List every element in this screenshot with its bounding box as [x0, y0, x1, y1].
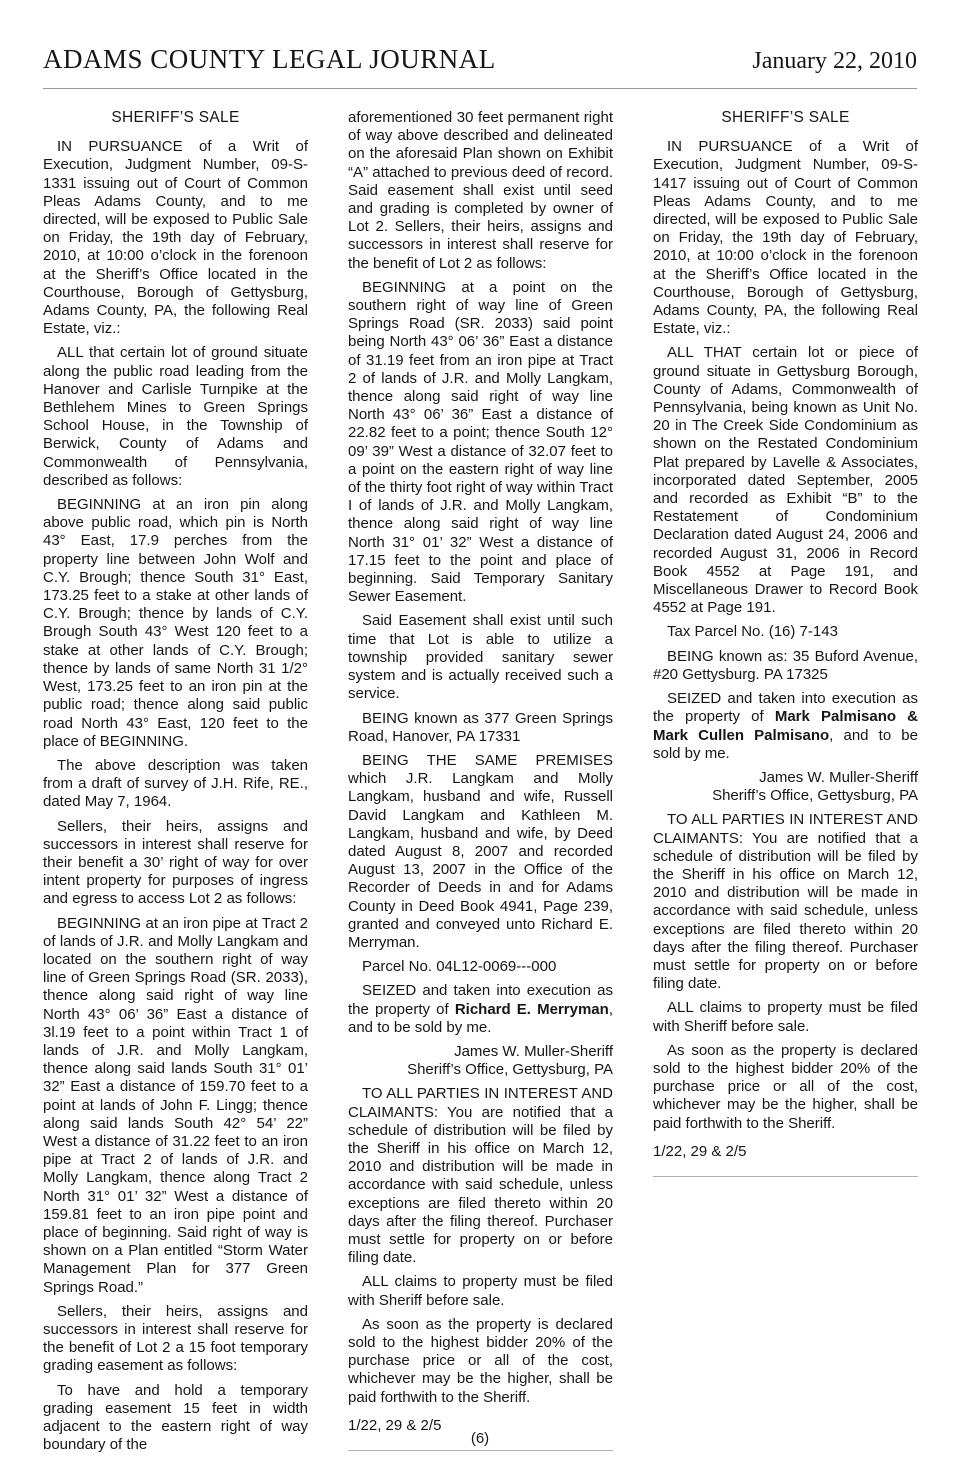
paragraph: TO ALL PARTIES IN INTEREST AND CLAIMANTS…: [653, 811, 918, 993]
paragraph: BEING known as 377 Green Springs Road, H…: [348, 710, 613, 746]
page-number: (6): [471, 1430, 489, 1447]
text-run: BEGINNING at an iron pin along above pub…: [43, 496, 308, 750]
publication-dates: 1/22, 29 & 2/5: [653, 1143, 918, 1161]
text-run: TO ALL PARTIES IN INTEREST AND CLAIMANTS…: [348, 1085, 613, 1266]
signature-line: Sheriff’s Office, Gettysburg, PA: [348, 1061, 613, 1079]
paragraph: BEGINNING at an iron pin along above pub…: [43, 496, 308, 751]
paragraph: IN PURSUANCE of a Writ of Execution, Jud…: [653, 138, 918, 338]
paragraph: Sellers, their heirs, assigns and succes…: [43, 818, 308, 909]
paragraph: aforementioned 30 feet permanent right o…: [348, 109, 613, 273]
paragraph: The above description was taken from a d…: [43, 757, 308, 812]
paragraph: IN PURSUANCE of a Writ of Execution, Jud…: [43, 138, 308, 338]
signature-line: James W. Muller-Sheriff: [348, 1043, 613, 1061]
column-1: SHERIFF’S SALEIN PURSUANCE of a Writ of …: [43, 109, 308, 1460]
paragraph: ALL that certain lot of ground situate a…: [43, 344, 308, 490]
column-2: aforementioned 30 feet permanent right o…: [348, 109, 613, 1460]
paragraph: As soon as the property is declared sold…: [348, 1316, 613, 1407]
page-footer: (6): [0, 1430, 960, 1447]
text-run: IN PURSUANCE of a Writ of Execution, Jud…: [43, 138, 308, 337]
columns: SHERIFF’S SALEIN PURSUANCE of a Writ of …: [0, 89, 960, 1460]
paragraph: As soon as the property is declared sold…: [653, 1042, 918, 1133]
sale-heading: SHERIFF’S SALE: [653, 109, 918, 127]
text-run: As soon as the property is declared sold…: [348, 1316, 613, 1406]
paragraph: ALL THAT certain lot or piece of ground …: [653, 344, 918, 617]
text-run: ALL THAT certain lot or piece of ground …: [653, 344, 918, 616]
text-run: ALL that certain lot of ground situate a…: [43, 344, 308, 488]
signature-line: Sheriff’s Office, Gettysburg, PA: [653, 787, 918, 805]
paragraph: BEING THE SAME PREMISES which J.R. Langk…: [348, 752, 613, 952]
paragraph: BEGINNING at a point on the southern rig…: [348, 279, 613, 607]
sale-heading: SHERIFF’S SALE: [43, 109, 308, 127]
section-divider: [653, 1176, 918, 1177]
page-header: ADAMS COUNTY LEGAL JOURNAL January 22, 2…: [0, 0, 960, 75]
paragraph: Parcel No. 04L12-0069---000: [348, 958, 613, 976]
text-run: The above description was taken from a d…: [43, 757, 308, 810]
paragraph: SEIZED and taken into execution as the p…: [653, 690, 918, 763]
text-run: BEING known as 377 Green Springs Road, H…: [348, 710, 613, 745]
paragraph: Tax Parcel No. (16) 7-143: [653, 623, 918, 641]
text-run: BEING THE SAME PREMISES which J.R. Langk…: [348, 752, 613, 951]
section-divider: [348, 1450, 613, 1451]
text-run: Sellers, their heirs, assigns and succes…: [43, 1303, 308, 1375]
text-run: As soon as the property is declared sold…: [653, 1042, 918, 1132]
defendant-name: Richard E. Merryman: [455, 1001, 609, 1018]
paragraph: ALL claims to property must be filed wit…: [348, 1273, 613, 1309]
paragraph: Said Easement shall exist until such tim…: [348, 612, 613, 703]
paragraph: BEGINNING at an iron pipe at Tract 2 of …: [43, 915, 308, 1297]
text-run: Tax Parcel No. (16) 7-143: [667, 623, 838, 640]
text-run: TO ALL PARTIES IN INTEREST AND CLAIMANTS…: [653, 811, 918, 992]
text-run: ALL claims to property must be filed wit…: [348, 1273, 613, 1308]
text-run: Parcel No. 04L12-0069---000: [362, 958, 556, 975]
journal-title: ADAMS COUNTY LEGAL JOURNAL: [43, 44, 496, 75]
text-run: BEING known as: 35 Buford Avenue, #20 Ge…: [653, 648, 918, 683]
text-run: Sellers, their heirs, assigns and succes…: [43, 818, 308, 908]
journal-page: ADAMS COUNTY LEGAL JOURNAL January 22, 2…: [0, 0, 960, 1483]
paragraph: SEIZED and taken into execution as the p…: [348, 982, 613, 1037]
signature-line: James W. Muller-Sheriff: [653, 769, 918, 787]
text-run: BEGINNING at a point on the southern rig…: [348, 279, 613, 605]
text-run: ALL claims to property must be filed wit…: [653, 999, 918, 1034]
text-run: IN PURSUANCE of a Writ of Execution, Jud…: [653, 138, 918, 337]
paragraph: TO ALL PARTIES IN INTEREST AND CLAIMANTS…: [348, 1085, 613, 1267]
paragraph: BEING known as: 35 Buford Avenue, #20 Ge…: [653, 648, 918, 684]
text-run: aforementioned 30 feet permanent right o…: [348, 109, 613, 272]
column-3: SHERIFF’S SALEIN PURSUANCE of a Writ of …: [653, 109, 918, 1460]
issue-date: January 22, 2010: [752, 48, 917, 75]
text-run: BEGINNING at an iron pipe at Tract 2 of …: [43, 915, 308, 1296]
text-run: Said Easement shall exist until such tim…: [348, 612, 613, 702]
paragraph: Sellers, their heirs, assigns and succes…: [43, 1303, 308, 1376]
paragraph: ALL claims to property must be filed wit…: [653, 999, 918, 1035]
